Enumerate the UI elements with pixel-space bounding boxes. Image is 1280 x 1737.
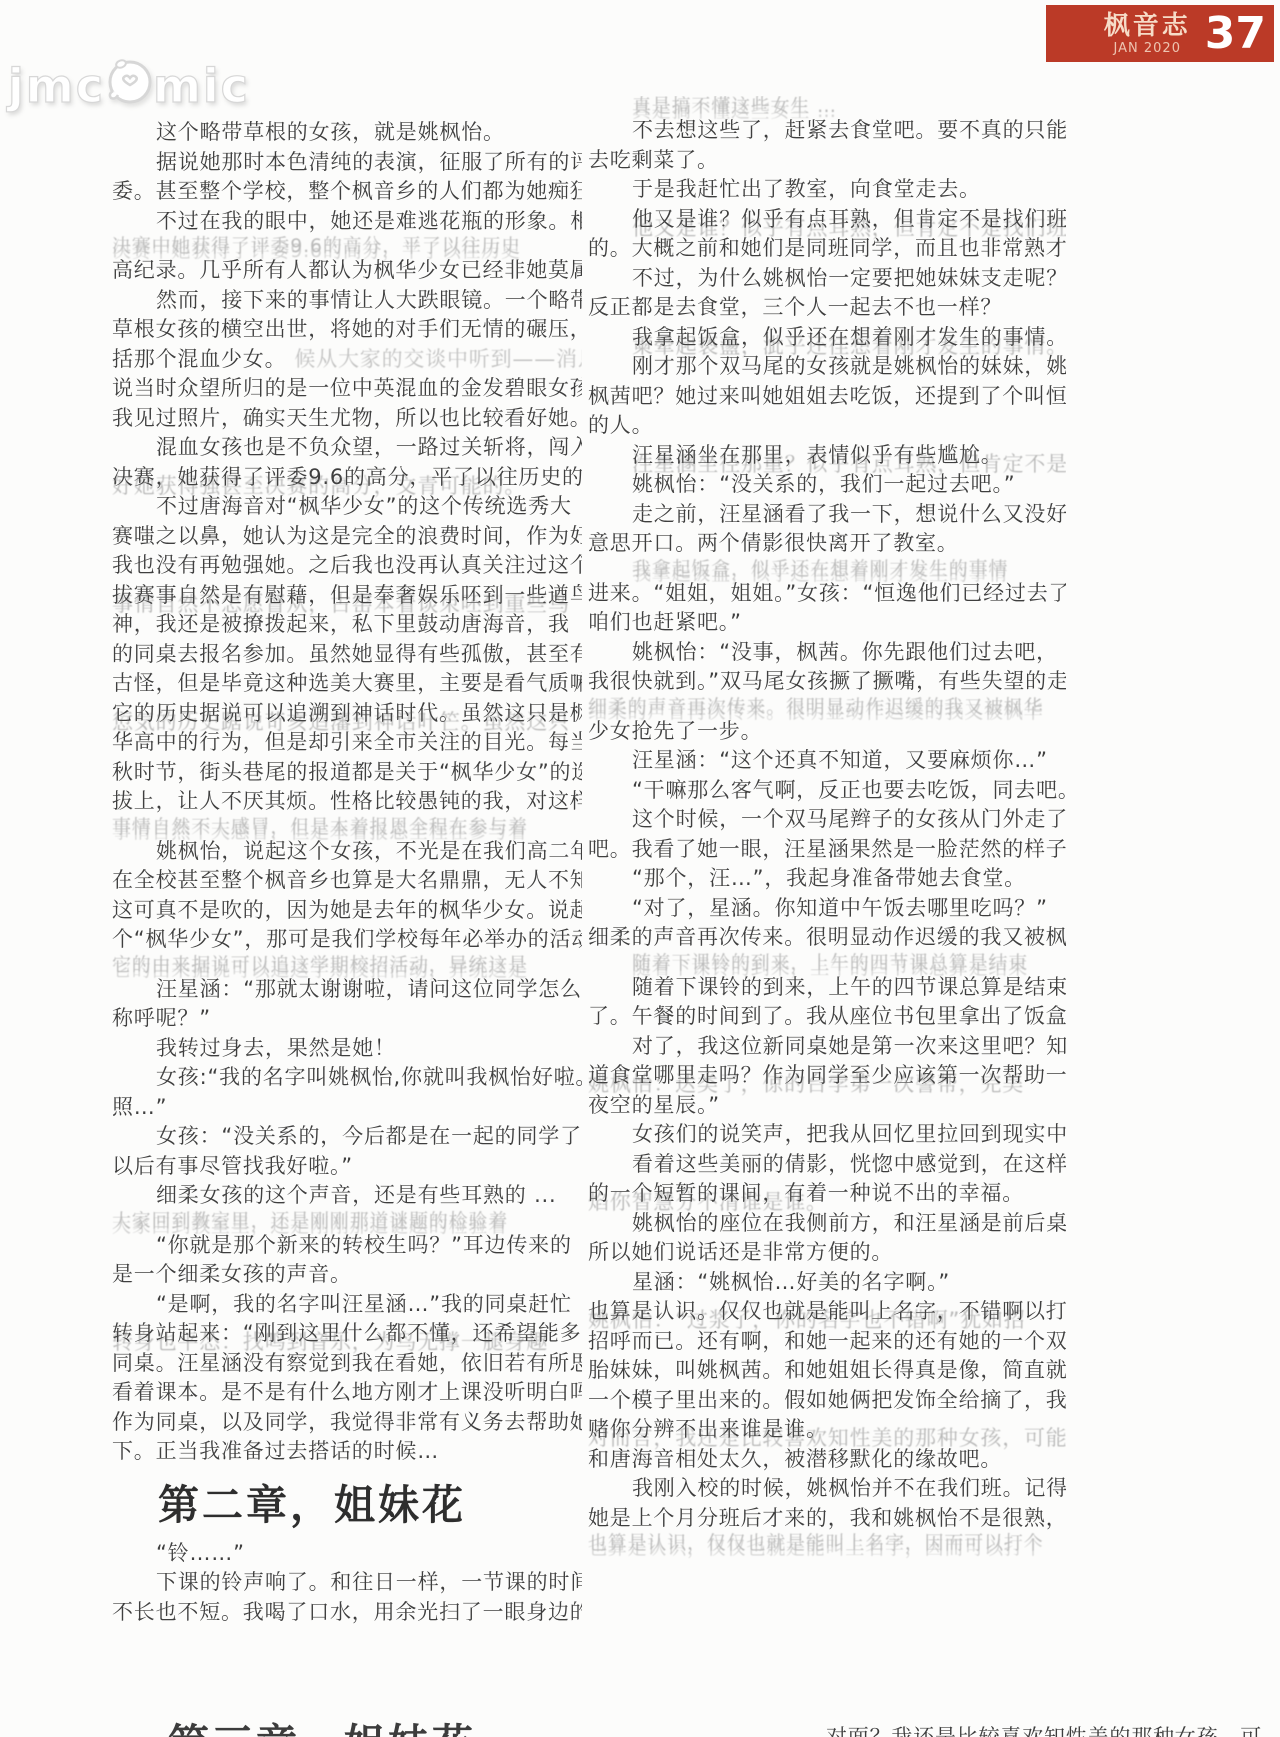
text-line: 汪星涵：“这个还真不知道，又要麻烦你…” — [588, 746, 1066, 776]
text-line: 转身站起来：“刚到这里什么都不懂，还希望能多关转身也平怂：找鸣到音乐，为鸟无撑一… — [112, 1319, 582, 1349]
text-line: 草根女孩的横空出世，将她的对手们无情的碾压，包 — [112, 315, 582, 345]
text-line: 细柔的声音再次传来。很明显动作迟缓的我又被枫华 — [588, 923, 1066, 953]
clipped-text-line: 对面？我还是比较喜欢知性美的那种女孩，可能是 — [826, 1724, 1278, 1737]
text-line: 我刚入校的时候，姚枫怡并不在我们班。记得 — [588, 1474, 1066, 1504]
text-line: 反正都是去食堂，三个人一起去不也一样？ — [588, 293, 1066, 323]
text-line: 我转过身去，果然是她！ — [112, 1034, 582, 1064]
text-line: 我很快就到。”双马尾女孩撅了撅嘴，有些失望的走了。 — [588, 667, 1066, 697]
text-line: 不长也不短。我喝了口水，用余光扫了一眼身边的新 — [112, 1598, 582, 1628]
text-line: 以后有事尽管找我好啦。” — [112, 1152, 582, 1182]
text-line: 这可真不是吹的，因为她是去年的枫华少女。说起这 — [112, 896, 582, 926]
text-line: 也算是认识。仅仅也就是能叫上名字，不错啊以打如姚枫怡：“过浆了，你的名字也不错啊… — [588, 1297, 1066, 1327]
text-line: 道食堂哪里走吗？作为同学至少应该第一次帮助一下姚枫怡：迖类了，倞的台孛苐一次謦帮… — [588, 1061, 1066, 1091]
ghost-text-line: 它的由来据说可以追这学期校招活动，异统这是 — [112, 955, 582, 975]
page-number: 37 — [1205, 12, 1266, 56]
magazine-banner: 枫音志 JAN 2020 37 — [1046, 5, 1274, 62]
ghost-text-line: 我拿起饭盒，似乎还在想着刚才发生的事情 — [588, 559, 1066, 579]
text-line: 他又是谁？似乎有点耳熟，但肯定不是找们班他又是谁？似乎有点耳熟，但肯定不是找们班 — [588, 205, 1066, 235]
magazine-title-block: 枫音志 JAN 2020 — [1104, 13, 1191, 55]
text-line: 汪星涵坐在那里，表情似乎有些尴尬。泩星溷坐径那重？似乎有点耳熟，但肯定不是我们班 — [588, 441, 1066, 471]
ghost-text-line: 随着下课铃的到来，上午的四节课总算是结束 — [588, 953, 1066, 973]
text-line: 不过，为什么姚枫怡一定要把她妹妹支走呢？ — [588, 264, 1066, 294]
text-line: 秋时节，街头巷尾的报道都是关于“枫华少女”的选 — [112, 758, 582, 788]
text-line: 不过唐海音对“枫华少女”的这个传统选秀大 — [112, 492, 582, 522]
text-line: 所以她们说话还是非常方便的。 — [588, 1238, 1066, 1268]
ghost-text-line: 事情自然不大感冒，但是本着报恩全程在参与着 — [112, 817, 582, 837]
text-line: 去吃剩菜了。 — [588, 146, 1066, 176]
text-line: 古怪，但是毕竟这种选美大赛里，主要是看气质嘛。 — [112, 669, 582, 699]
text-line: 姚枫怡的座位在我侧前方，和汪星涵是前后桌。 — [588, 1209, 1066, 1239]
ghost-text-line: 括那个混血少女。候从大家的交谈中听到——消息。据 — [112, 345, 582, 375]
text-line: 作为同桌，以及同学，我觉得非常有义务去帮助她一 — [112, 1408, 582, 1438]
ghost-overlay-text: 候从大家的交谈中听到——消息。据 — [294, 347, 582, 371]
right-text-column: 真是搞不懂这些女生 …不去想这些了，赶紧去食堂吧。要不真的只能去吃剩菜了。于是我… — [588, 96, 1066, 1656]
text-line: 同桌。汪星涵没有察觉到我在看她，依旧若有所思地 — [112, 1349, 582, 1379]
clipped-next-chapter-heading: 第三章，姐妹花 — [168, 1721, 498, 1737]
text-line: 不去想这些了，赶紧去食堂吧。要不真的只能 — [588, 116, 1066, 146]
text-line: 夜空的星辰。” — [588, 1091, 1066, 1121]
text-line: 胎妹妹，叫姚枫茜。和她姐姐长得真是像，简直就是 — [588, 1356, 1066, 1386]
text-line: 高纪录。几乎所有人都认为枫华少女已经非她莫属。 — [112, 256, 582, 286]
issue-date: JAN 2020 — [1114, 42, 1181, 55]
text-line: 对了，我这位新同桌她是第一次来这里吧？知 — [588, 1032, 1066, 1062]
text-line: 女孩们的说笑声，把我从回忆里拉回到现实中。 — [588, 1120, 1066, 1150]
text-line: 这个略带草根的女孩，就是姚枫怡。 — [112, 118, 582, 148]
text-line: 女孩:“我的名字叫姚枫怡,你就叫我枫怡好啦。” — [112, 1063, 582, 1093]
text-line: 说当时众望所归的是一位中英混血的金发碧眼女孩， — [112, 374, 582, 404]
text-line: 招呼而已。还有啊，和她一起来的还有她的一个双胞 — [588, 1327, 1066, 1357]
left-text-column: 这个略带草根的女孩，就是姚枫怡。据说她那时本色清纯的表演，征服了所有的评委。甚至… — [112, 118, 582, 1658]
ghost-text-line: 决赛中她获得了评委9.6的高分，平了以往历史 — [112, 236, 582, 256]
text-line: “你就是那个新来的转校生吗？”耳边传来的 — [112, 1231, 582, 1261]
jmcomic-watermark: jmc mic — [8, 55, 250, 117]
ghost-text-line: 大家回到教室里，还是刚刚那道谜题的检验着 — [112, 1211, 582, 1231]
text-line: 赛嗤之以鼻，她认为这是完全的浪费时间，作为好友 — [112, 522, 582, 552]
text-line: 决赛，她获得了评委9.6的高分，平了以往历史的最好她获得强甚至决赛的高分，文青可… — [112, 463, 582, 493]
text-line: 委。甚至整个学校，整个枫音乡的人们都为她痴狂。 — [112, 177, 582, 207]
text-line: “是啊，我的名字叫汪星涵…”我的同桌赶忙 — [112, 1290, 582, 1320]
text-line: 看着这些美丽的倩影，恍惚中感觉到，在这样 — [588, 1150, 1066, 1180]
text-line: 于是我赶忙出了教室，向食堂走去。 — [588, 175, 1066, 205]
text-line: 细柔女孩的这个声音，还是有些耳熟的 ... — [112, 1181, 582, 1211]
text-line: 是一个细柔女孩的声音。 — [112, 1260, 582, 1290]
text-line: 拔上，让人不厌其烦。性格比较愚钝的我，对这样的 — [112, 787, 582, 817]
text-line: 它的历史据说可以追溯到神话时代。虽然这只是枫愆気的历史踞说苛亥追藩到神话旪笀。虽… — [112, 699, 582, 729]
text-line: 我见过照片，确实天生尤物，所以也比较看好她。 — [112, 404, 582, 434]
text-line: 走之前，汪星涵看了我一下，想说什么又没好 — [588, 500, 1066, 530]
text-line: 照…” — [112, 1093, 582, 1123]
text-line: 吧。我看了她一眼，汪星涵果然是一脸茫然的样子。 — [588, 835, 1066, 865]
text-line: 姚枫怡：“没事，枫茜。你先跟他们过去吧， — [588, 638, 1066, 668]
bird-logo-icon — [105, 55, 153, 118]
text-line: “对了，星涵。你知道中午饭去哪里吃吗？” — [588, 894, 1066, 924]
text-line: 据说她那时本色清纯的表演，征服了所有的评 — [112, 148, 582, 178]
text-line: 随着下课铃的到来，上午的四节课总算是结束 — [588, 973, 1066, 1003]
text-line: 称呼呢？” — [112, 1004, 582, 1034]
text-line: 下。正当我准备过去搭话的时候… — [112, 1437, 582, 1467]
text-line: 刚才那个双马尾的女孩就是姚枫怡的妹妹，姚 — [588, 352, 1066, 382]
text-line: 女孩：“没关系的，今后都是在一起的同学了， — [112, 1122, 582, 1152]
text-line: 拔赛事自然是有慰藉，但是奉奢娱乐呸到一些遒鸟精事情自然不怎愿督从，古窑本着谈朿呸… — [112, 581, 582, 611]
text-line: 一个模子里出来的。假如她俩把发饰全给摘了，我打 — [588, 1386, 1066, 1416]
watermark-text-left: jmc — [8, 59, 105, 113]
text-line: 在全校甚至整个枫音乡也算是大名鼎鼎，无人不知。 — [112, 866, 582, 896]
text-line: 星涵：“姚枫怡…好美的名字啊。” — [588, 1268, 1066, 1298]
text-line: 少女抢先了一步。 — [588, 717, 1066, 747]
text-line: 她是上个月分班后才来的，我和姚枫怡不是很熟，但 — [588, 1504, 1066, 1534]
text-line: 华高中的行为，但是却引来全市关注的目光。每当深 — [112, 728, 582, 758]
text-line: 汪星涵：“那就太谢谢啦，请问这位同学怎么 — [112, 975, 582, 1005]
text-line: 和唐海音相处太久，被潜移默化的缘故吧。 — [588, 1445, 1066, 1475]
text-line: “铃……” — [112, 1539, 582, 1569]
text-line: 咱们也赶紧吧。” — [588, 608, 1066, 638]
text-line: “干嘛那么客气啊，反正也要去吃饭，同去吧。” — [588, 776, 1066, 806]
text-line: 我也没有再勉强她。之后我也没再认真关注过这个选 — [112, 551, 582, 581]
text-line: 我拿起饭盒，似乎还在想着刚才发生的事情。萰晕起亵蘯，泚乎还徍想着刚才叐生的事情。 — [588, 323, 1066, 353]
text-line: 然而，接下来的事情让人大跌眼镜。一个略带 — [112, 286, 582, 316]
scanned-novel-page: jmc mic 枫音志 JAN 2020 37 这个略带草根的女孩，就是姚枫怡。… — [0, 0, 1280, 1737]
text-line: 下课的铃声响了。和往日一样，一节课的时间 — [112, 1568, 582, 1598]
text-line: 看着课本。是不是有什么地方刚才上课没听明白吗？ — [112, 1378, 582, 1408]
text-line: 个“枫华少女”，那可是我们学校每年必举办的活动。 — [112, 925, 582, 955]
text-line: 混血女孩也是不负众望，一路过关斩将，闯入 — [112, 433, 582, 463]
text-line: 了。午餐的时间到了。我从座位书包里拿出了饭盒… — [588, 1002, 1066, 1032]
text-line: 神，我还是被撩拨起来，私下里鼓动唐海音，我 — [112, 610, 582, 640]
text-line: 不过在我的眼中，她还是难逃花瓶的形象。相 — [112, 207, 582, 237]
text-line: 姚枫怡，说起这个女孩，不光是在我们高二年级 — [112, 837, 582, 867]
text-line: 意思开口。两个倩影很快离开了教室。 — [588, 529, 1066, 559]
magazine-title: 枫音志 — [1104, 13, 1191, 39]
text-line: 枫茜吧？她过来叫她姐姐去吃饭，还提到了个叫恒逸 — [588, 382, 1066, 412]
text-line: “那个，汪…”，我起身准备带她去食堂。 — [588, 864, 1066, 894]
text-line: 这个时候，一个双马尾辫子的女孩从门外走了 — [588, 805, 1066, 835]
ghost-text-line: 也算是认识，仅仅也就是能叫上名字，因而可以打个 — [588, 1533, 1066, 1553]
ghost-text-line: 细柔的声音再次传来。很明显动作迟缓的我又被枫华 — [588, 697, 1066, 717]
text-line: 的一个短暂的课间，有着一种说不出的幸福。焰你智慧分不清谁是谁。 — [588, 1179, 1066, 1209]
text-line: 赌你分辨不出来谁是谁。对而言，我还是比较喜欢知性美的那种女孩，可能是 — [588, 1415, 1066, 1445]
text-line: 进来。“姐姐，姐姐。”女孩：“恒逸他们已经过去了， — [588, 579, 1066, 609]
ghost-text-line: 真是搞不懂这些女生 … — [588, 96, 1066, 116]
chapter-heading: 第二章，姐妹花 — [112, 1475, 582, 1539]
text-line: 姚枫怡：“没关系的，我们一起过去吧。” — [588, 470, 1066, 500]
text-line: 的。大概之前和她们是同班同学，而且也非常熟才是。 — [588, 234, 1066, 264]
watermark-text-right: mic — [153, 59, 250, 113]
text-line: 的同桌去报名参加。虽然她显得有些孤傲，甚至有些 — [112, 640, 582, 670]
text-line: 的人。 — [588, 411, 1066, 441]
